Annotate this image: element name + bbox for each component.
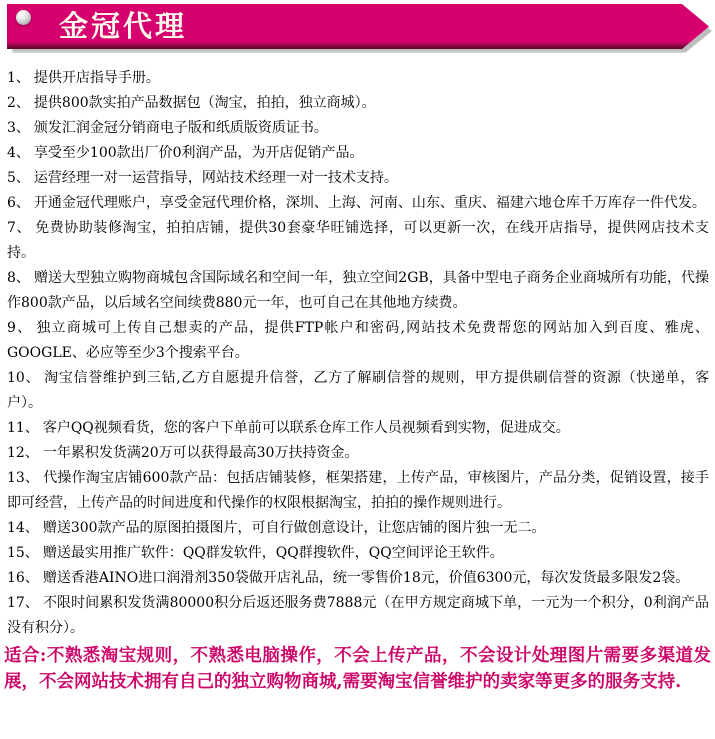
item-text: 客户QQ视频看货，您的客户下单前可以联系仓库工作人员视频看到实物，促进成交。 bbox=[43, 420, 570, 436]
item-number: 11、 bbox=[7, 420, 43, 436]
list-item: 10、淘宝信誉维护到三钻,乙方自愿提升信誉，乙方了解刷信誉的规则，甲方提供刷信誉… bbox=[7, 366, 709, 416]
item-number: 5、 bbox=[7, 170, 34, 186]
list-item: 13、代操作淘宝店铺600款产品：包括店铺装修，框架搭建，上传产品，审核图片，产… bbox=[7, 466, 709, 516]
list-item: 12、一年累积发货满20万可以获得最高30万扶持资金。 bbox=[7, 441, 709, 466]
item-text: 赠送香港AINO进口润滑剂350袋做开店礼品，统一零售价18元，价值6300元，… bbox=[43, 570, 689, 586]
item-text: 不限时间累积发货满80000积分后返还服务费7888元（在甲方规定商城下单，一元… bbox=[7, 595, 709, 636]
item-number: 6、 bbox=[7, 195, 34, 211]
list-item: 5、运营经理一对一运营指导，网站技术经理一对一技术支持。 bbox=[7, 166, 709, 191]
banner-ribbon: 金冠代理 bbox=[7, 4, 709, 49]
item-text: 开通金冠代理账户，享受金冠代理价格，深圳、上海、河南、山东、重庆、福建六地仓库千… bbox=[34, 195, 706, 211]
list-item: 16、赠送香港AINO进口润滑剂350袋做开店礼品，统一零售价18元，价值630… bbox=[7, 566, 709, 591]
item-text: 提供开店指导手册。 bbox=[34, 70, 160, 86]
item-text: 免费协助装修淘宝，拍拍店铺，提供30套豪华旺铺选择，可以更新一次，在线开店指导，… bbox=[7, 220, 709, 261]
list-item: 2、提供800款实拍产品数据包（淘宝，拍拍，独立商城）。 bbox=[7, 91, 709, 116]
item-text: 享受至少100款出厂价0利润产品，为开店促销产品。 bbox=[34, 145, 364, 161]
item-number: 10、 bbox=[7, 370, 44, 386]
list-item: 14、赠送300款产品的原图拍摄图片，可自行做创意设计，让您店铺的图片独一无二。 bbox=[7, 516, 709, 541]
item-number: 7、 bbox=[7, 220, 35, 236]
page-title: 金冠代理 bbox=[59, 4, 187, 45]
item-text: 赠送最实用推广软件：QQ群发软件，QQ群搜软件，QQ空间评论王软件。 bbox=[43, 545, 504, 561]
item-number: 9、 bbox=[7, 320, 36, 336]
item-text: 一年累积发货满20万可以获得最高30万扶持资金。 bbox=[43, 445, 359, 461]
list-item: 1、提供开店指导手册。 bbox=[7, 66, 709, 91]
item-number: 14、 bbox=[7, 520, 43, 536]
item-number: 8、 bbox=[7, 270, 34, 286]
item-number: 13、 bbox=[7, 470, 43, 486]
item-text: 代操作淘宝店铺600款产品：包括店铺装修，框架搭建，上传产品，审核图片，产品分类… bbox=[7, 470, 709, 511]
list-item: 15、赠送最实用推广软件：QQ群发软件，QQ群搜软件，QQ空间评论王软件。 bbox=[7, 541, 709, 566]
sphere-bullet-icon bbox=[16, 10, 31, 25]
item-text: 淘宝信誉维护到三钻,乙方自愿提升信誉，乙方了解刷信誉的规则，甲方提供刷信誉的资源… bbox=[7, 370, 709, 411]
page: { "header": { "title": "金冠代理", "banner_c… bbox=[0, 0, 715, 739]
item-text: 提供800款实拍产品数据包（淘宝，拍拍，独立商城）。 bbox=[34, 95, 376, 111]
item-number: 1、 bbox=[7, 70, 34, 86]
benefit-list: 1、提供开店指导手册。2、提供800款实拍产品数据包（淘宝，拍拍，独立商城）。3… bbox=[0, 54, 715, 641]
list-item: 7、免费协助装修淘宝，拍拍店铺，提供30套豪华旺铺选择，可以更新一次，在线开店指… bbox=[7, 216, 709, 266]
item-number: 16、 bbox=[7, 570, 43, 586]
item-text: 独立商城可上传自己想卖的产品，提供FTP帐户和密码,网站技术免费帮您的网站加入到… bbox=[7, 320, 709, 361]
item-number: 4、 bbox=[7, 145, 34, 161]
header-banner: 金冠代理 bbox=[0, 0, 715, 54]
list-item: 11、客户QQ视频看货，您的客户下单前可以联系仓库工作人员视频看到实物，促进成交… bbox=[7, 416, 709, 441]
item-text: 赠送大型独立购物商城包含国际域名和空间一年，独立空间2GB，具备中型电子商务企业… bbox=[7, 270, 709, 311]
list-item: 4、享受至少100款出厂价0利润产品，为开店促销产品。 bbox=[7, 141, 709, 166]
item-number: 2、 bbox=[7, 95, 34, 111]
item-number: 15、 bbox=[7, 545, 43, 561]
list-item: 6、开通金冠代理账户，享受金冠代理价格，深圳、上海、河南、山东、重庆、福建六地仓… bbox=[7, 191, 709, 216]
list-item: 17、不限时间累积发货满80000积分后返还服务费7888元（在甲方规定商城下单… bbox=[7, 591, 709, 641]
item-number: 3、 bbox=[7, 120, 34, 136]
item-number: 12、 bbox=[7, 445, 43, 461]
list-item: 3、颁发汇润金冠分销商电子版和纸质版资质证书。 bbox=[7, 116, 709, 141]
item-number: 17、 bbox=[7, 595, 43, 611]
item-text: 赠送300款产品的原图拍摄图片，可自行做创意设计，让您店铺的图片独一无二。 bbox=[43, 520, 546, 536]
suitability-note: 适合:不熟悉淘宝规则，不熟悉电脑操作，不会上传产品，不会设计处理图片需要多渠道发… bbox=[0, 643, 715, 703]
list-item: 9、独立商城可上传自己想卖的产品，提供FTP帐户和密码,网站技术免费帮您的网站加… bbox=[7, 316, 709, 366]
item-text: 颁发汇润金冠分销商电子版和纸质版资质证书。 bbox=[34, 120, 328, 136]
list-item: 8、赠送大型独立购物商城包含国际域名和空间一年，独立空间2GB，具备中型电子商务… bbox=[7, 266, 709, 316]
item-text: 运营经理一对一运营指导，网站技术经理一对一技术支持。 bbox=[34, 170, 398, 186]
